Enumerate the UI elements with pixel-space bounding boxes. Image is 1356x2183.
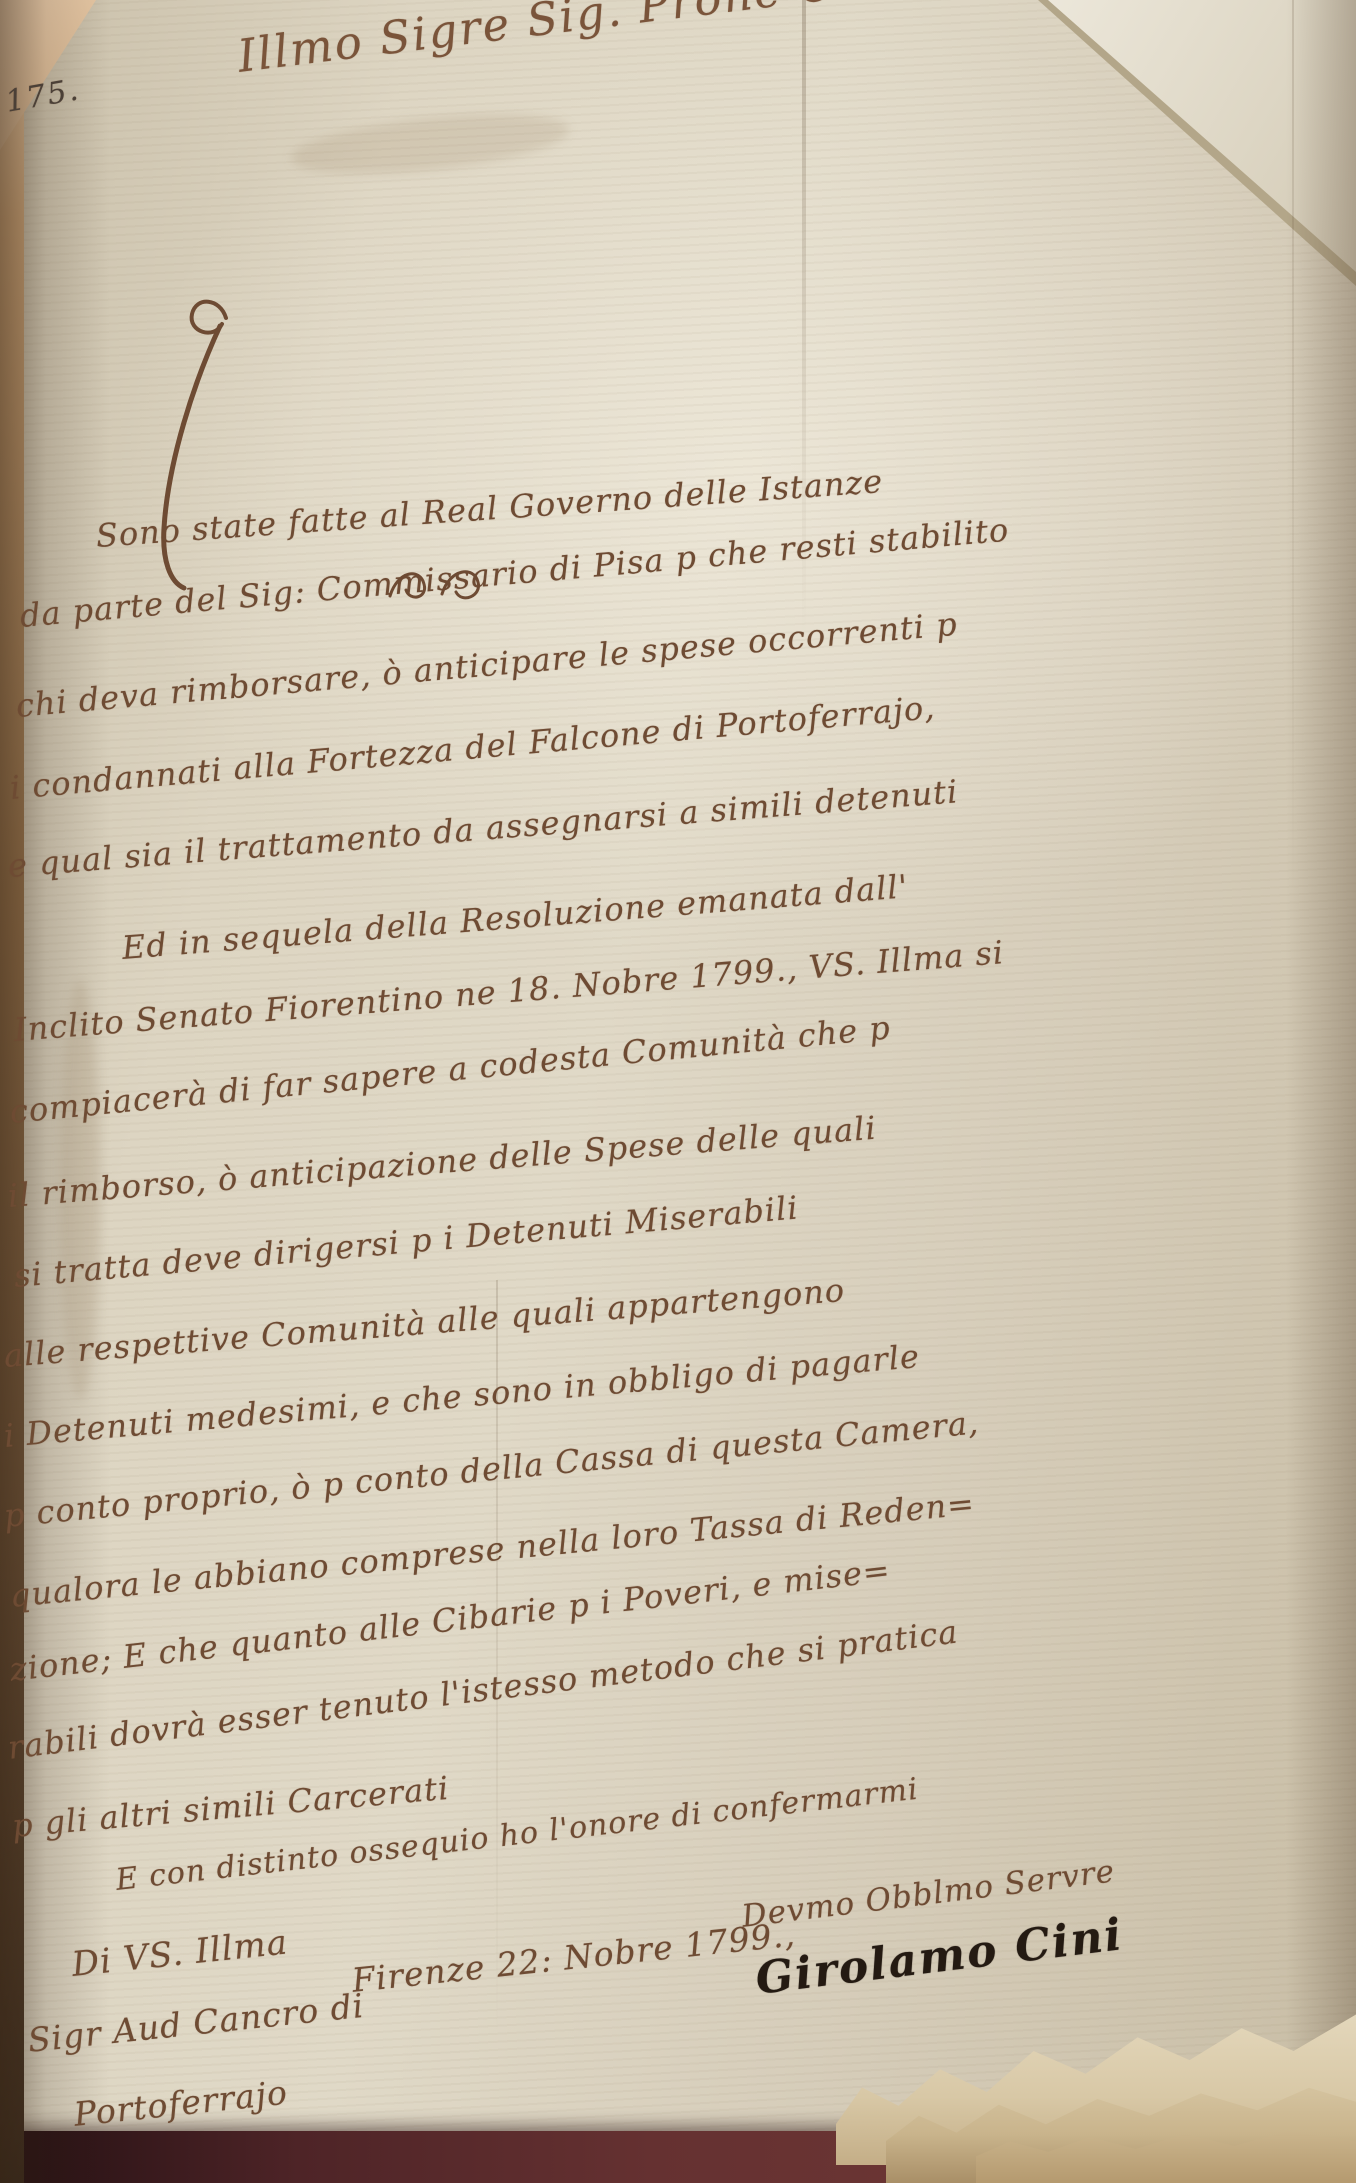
manuscript-photo: 175. Illmo Sigre Sig. Prone Colo Sono st…	[0, 0, 1356, 2183]
manuscript-line: si tratta deve dirigersi p i Detenuti Mi…	[13, 1191, 800, 1291]
dateline: Firenze 22: Nobre 1799.,	[350, 1918, 797, 1997]
right-edge-shading	[1286, 0, 1356, 2183]
salutation: Illmo Sigre Sig. Prone Colo	[235, 0, 911, 79]
ink-showthrough	[288, 104, 572, 185]
